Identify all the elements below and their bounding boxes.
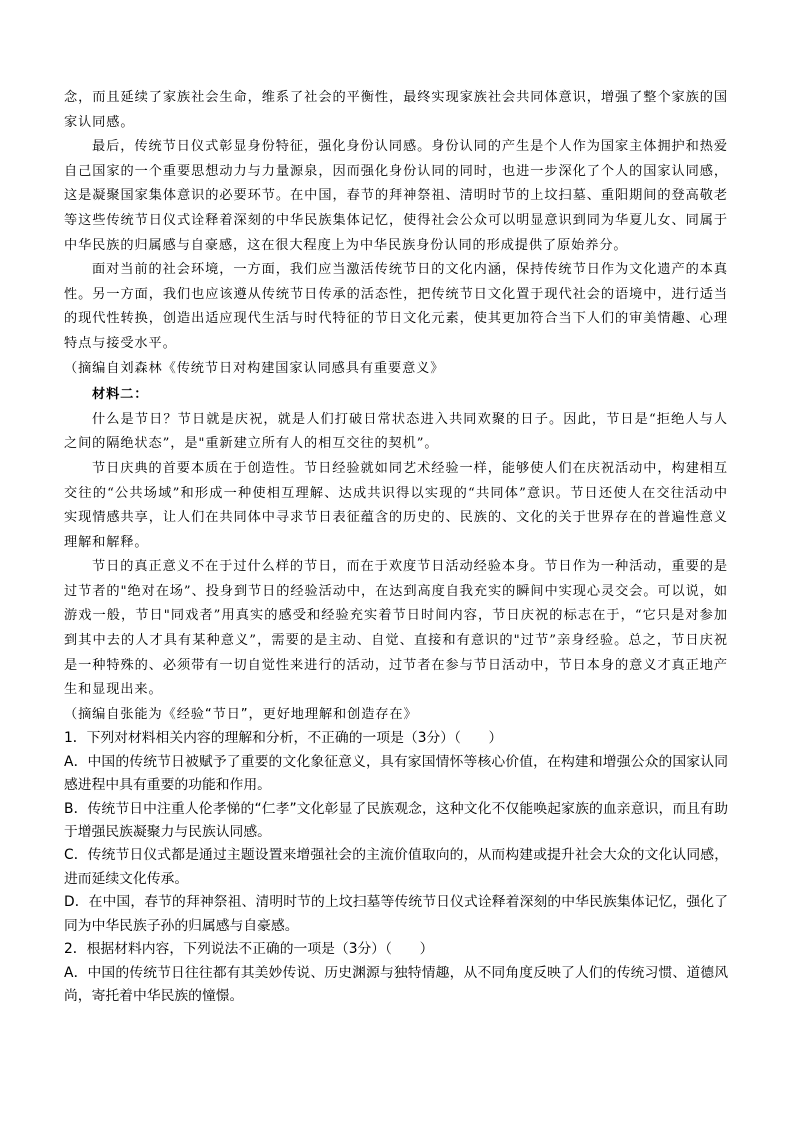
paragraph: 什么是节日？节日就是庆祝，就是人们打破日常状态进入共同欢聚的日子。因此，节日是“… — [64, 408, 728, 457]
option-a: A．中国的传统节日被赋予了重要的文化象征意义，具有家国情怀等核心价值，在构建和增… — [64, 751, 728, 798]
citation: （摘编自张能为《经验“节日”，更好地理解和创造存在》 — [64, 703, 728, 728]
section-heading: 材料二： — [64, 383, 728, 408]
question-1: 1．下列对材料相关内容的理解和分析，不正确的一项是（3分）（ ） A．中国的传统… — [64, 727, 728, 938]
paragraph: 最后，传统节日仪式彰显身份特征，强化身份认同感。身份认同的产生是个人作为国家主体… — [64, 135, 728, 258]
option-c: C．传统节日仪式都是通过主题设置来增强社会的主流价值取向的，从而构建或提升社会大… — [64, 844, 728, 891]
question-stem: 2．根据材料内容，下列说法不正确的一项是（3分）（ ） — [64, 938, 728, 961]
paragraph: 节日的真正意义不在于过什么样的节日，而在于欢度节日活动经验本身。节日作为一种活动… — [64, 555, 728, 703]
paragraph: 念，而且延续了家族社会生命，维系了社会的平衡性，最终实现家族社会共同体意识，增强… — [64, 86, 728, 135]
material-two: 材料二： 什么是节日？节日就是庆祝，就是人们打破日常状态进入共同欢聚的日子。因此… — [64, 383, 728, 727]
question-2: 2．根据材料内容，下列说法不正确的一项是（3分）（ ） A．中国的传统节日往往都… — [64, 938, 728, 1008]
option-d: D．在中国，春节的拜神祭祖、清明时节的上坟扫墓等传统节日仪式诠释着深刻的中华民族… — [64, 891, 728, 938]
paragraph: 面对当前的社会环境，一方面，我们应当激活传统节日的文化内涵，保持传统节日作为文化… — [64, 258, 728, 356]
paragraph: 节日庆典的首要本质在于创造性。节日经验就如同艺术经验一样，能够使人们在庆祝活动中… — [64, 457, 728, 555]
option-a: A．中国的传统节日往往都有其美妙传说、历史渊源与独特情趣，从不同角度反映了人们的… — [64, 962, 728, 1009]
option-b: B．传统节日中注重人伦孝悌的“仁孝”文化彰显了民族观念，这种文化不仅能唤起家族的… — [64, 798, 728, 845]
material-one-tail: 念，而且延续了家族社会生命，维系了社会的平衡性，最终实现家族社会共同体意识，增强… — [64, 86, 728, 381]
questions: 1．下列对材料相关内容的理解和分析，不正确的一项是（3分）（ ） A．中国的传统… — [64, 727, 728, 1008]
question-stem: 1．下列对材料相关内容的理解和分析，不正确的一项是（3分）（ ） — [64, 727, 728, 750]
exam-page: 念，而且延续了家族社会生命，维系了社会的平衡性，最终实现家族社会共同体意识，增强… — [64, 86, 728, 1008]
citation: （摘编自刘森林《传统节日对构建国家认同感具有重要意义》 — [64, 357, 728, 382]
